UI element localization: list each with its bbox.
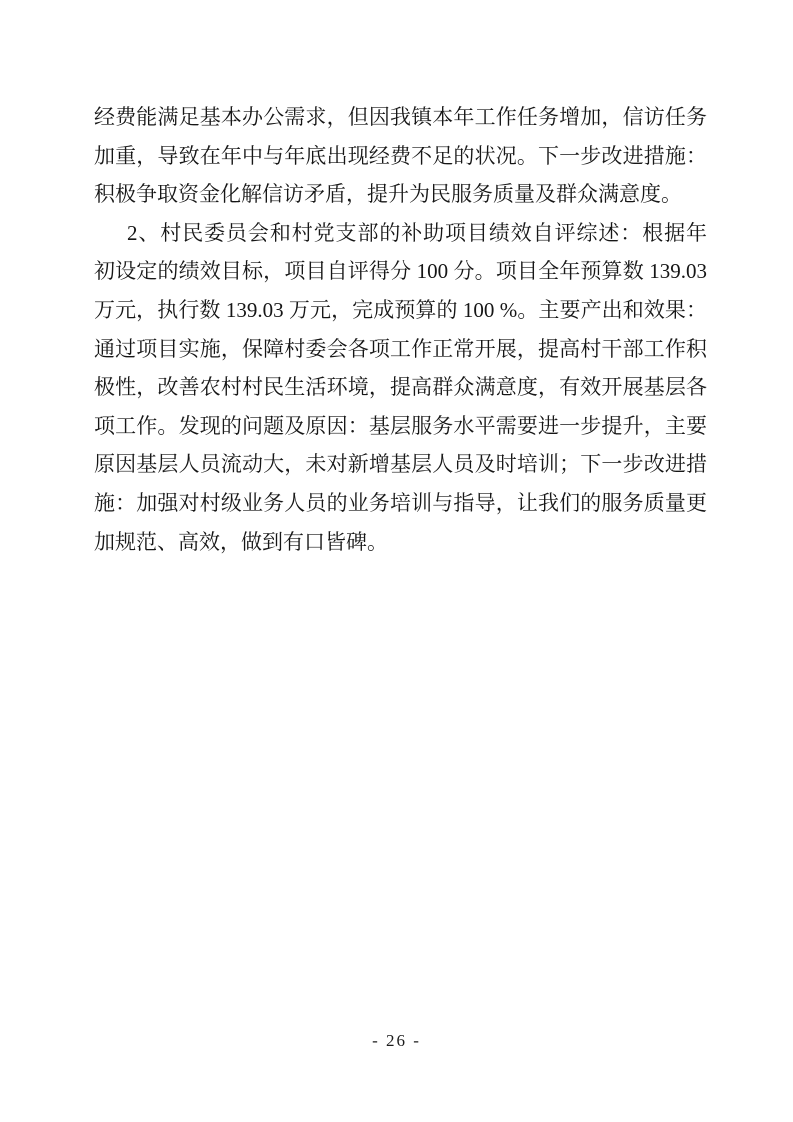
text-line: 施：加强对村级业务人员的业务培训与指导，让我们的服务质量更 xyxy=(94,484,707,523)
text-line: 经费能满足基本办公需求，但因我镇本年工作任务增加，信访任务 xyxy=(94,98,707,137)
text-line: 积极争取资金化解信访矛盾，提升为民服务质量及群众满意度。 xyxy=(94,175,707,214)
text-line: 通过项目实施，保障村委会各项工作正常开展，提高村干部工作积 xyxy=(94,330,707,369)
paragraph: 2、村民委员会和村党支部的补助项目绩效自评综述：根据年 初设定的绩效目标，项目自… xyxy=(94,214,707,561)
paragraph: 经费能满足基本办公需求，但因我镇本年工作任务增加，信访任务 加重，导致在年中与年… xyxy=(94,98,707,214)
document-page: 经费能满足基本办公需求，但因我镇本年工作任务增加，信访任务 加重，导致在年中与年… xyxy=(0,0,793,1122)
text-line: 加重，导致在年中与年底出现经费不足的状况。下一步改进措施： xyxy=(94,137,707,176)
text-line: 万元，执行数 139.03 万元，完成预算的 100 %。主要产出和效果： xyxy=(94,291,707,330)
text-line: 原因基层人员流动大，未对新增基层人员及时培训；下一步改进措 xyxy=(94,445,707,484)
text-line: 2、村民委员会和村党支部的补助项目绩效自评综述：根据年 xyxy=(94,214,707,253)
text-line: 加规范、高效，做到有口皆碑。 xyxy=(94,523,707,562)
text-line: 项工作。发现的问题及原因：基层服务水平需要进一步提升，主要 xyxy=(94,407,707,446)
text-line: 初设定的绩效目标，项目自评得分 100 分。项目全年预算数 139.03 xyxy=(94,252,707,291)
page-number: - 26 - xyxy=(0,1030,793,1052)
text-line: 极性，改善农村村民生活环境，提高群众满意度，有效开展基层各 xyxy=(94,368,707,407)
document-body: 经费能满足基本办公需求，但因我镇本年工作任务增加，信访任务 加重，导致在年中与年… xyxy=(94,98,707,561)
